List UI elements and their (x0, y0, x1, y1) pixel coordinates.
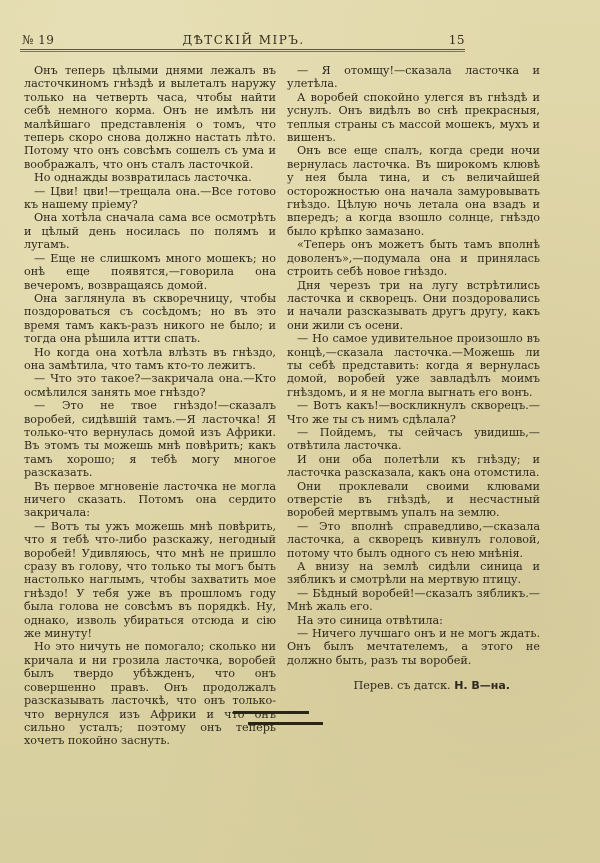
paragraph: Въ первое мгновеніе ласточка не могла ни… (24, 480, 276, 520)
paragraph: — Это не твое гнѣздо!—сказалъ воробей, с… (24, 399, 276, 479)
paragraph: — Еще не слишкомъ много мошекъ; но онѣ е… (24, 252, 276, 292)
magazine-title: ДѢТСКІЙ МІРЪ. (22, 33, 465, 47)
paragraph: Онъ теперь цѣлыми днями лежалъ въ ласточ… (24, 64, 276, 171)
page-header: № 19 ДѢТСКІЙ МІРЪ. 15 (22, 33, 465, 49)
header-rule (20, 49, 465, 52)
paragraph: Она хотѣла сначала сама все осмотрѣть и … (24, 211, 276, 251)
paragraph: — Вотъ ты ужъ можешь мнѣ повѣрить, что я… (24, 520, 276, 641)
paragraph: Она заглянула въ скворечницу, чтобы позд… (24, 292, 276, 346)
paragraph: — Что это такое?—закричала она.—Кто осмѣ… (24, 372, 276, 399)
paragraph: — Вотъ какъ!—воскликнулъ скворецъ.—Что ж… (287, 399, 540, 426)
paragraph: — Но самое удивительное произошло въ кон… (287, 332, 540, 399)
paragraph: И они оба полетѣли къ гнѣзду; и ласточка… (287, 453, 540, 480)
right-column: — Я отомщу!—сказала ласточка и улетѣла. … (287, 64, 540, 693)
paragraph: — Я отомщу!—сказала ласточка и улетѣла. (287, 64, 540, 91)
end-ornament-rule (233, 711, 309, 714)
signature-prefix: Перев. съ датск. (354, 679, 455, 692)
paragraph: На это синица отвѣтила: (287, 614, 540, 627)
paragraph: — Это вполнѣ справедливо,—сказала ласточ… (287, 520, 540, 560)
paragraph: Они проклевали своими клювами отверстіе … (287, 480, 540, 520)
paragraph: — Бѣдный воробей!—сказалъ зябликъ.—Мнѣ ж… (287, 587, 540, 614)
paragraph: «Теперь онъ можетъ быть тамъ вполнѣ дово… (287, 238, 540, 278)
paragraph: А воробей спокойно улегся въ гнѣздѣ и ус… (287, 91, 540, 145)
paragraph: Дня черезъ три на лугу встрѣтились ласто… (287, 279, 540, 333)
left-column: Онъ теперь цѣлыми днями лежалъ въ ласточ… (24, 64, 276, 748)
paragraph: Онъ все еще спалъ, когда среди ночи верн… (287, 144, 540, 238)
paragraph: Но однажды возвратилась ласточка. (24, 171, 276, 184)
signature-author: Н. В—на. (454, 679, 510, 692)
paragraph: — Цви! цви!—трещала она.—Все готово къ н… (24, 185, 276, 212)
end-ornament-rule (248, 722, 323, 725)
paragraph: Но когда она хотѣла влѣзть въ гнѣздо, он… (24, 346, 276, 373)
paragraph: А внизу на землѣ сидѣли синица и зябликъ… (287, 560, 540, 587)
paragraph: — Пойдемъ, ты сейчасъ увидишь,—отвѣтила … (287, 426, 540, 453)
translator-signature: Перев. съ датск. Н. В—на. (287, 679, 540, 692)
paragraph: Но это ничуть не помогало; сколько ни кр… (24, 640, 276, 747)
page-number: 15 (449, 33, 465, 47)
magazine-page: № 19 ДѢТСКІЙ МІРЪ. 15 Онъ теперь цѣлыми … (0, 0, 600, 863)
paragraph: — Ничего лучшаго онъ и не могъ ждать. Он… (287, 627, 540, 667)
